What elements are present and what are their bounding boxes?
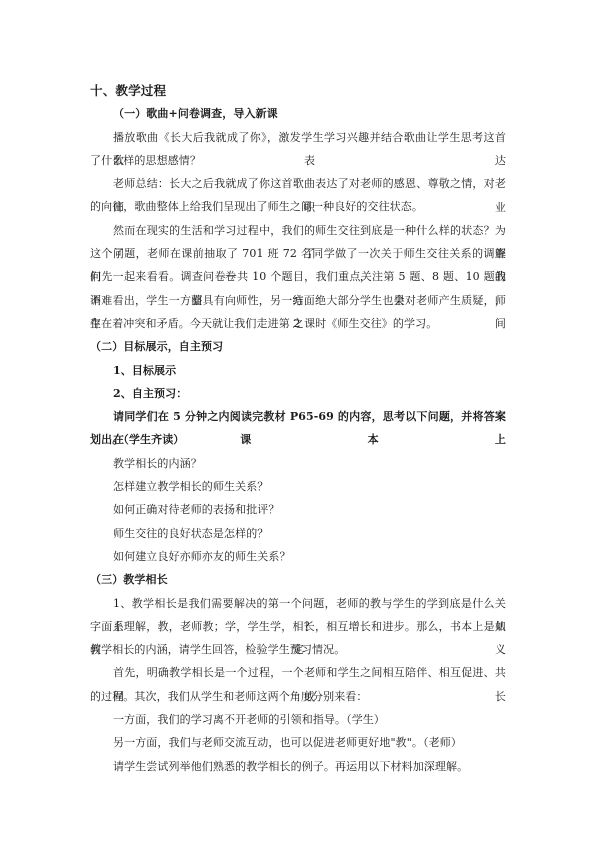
text-line-26: 首先，明确教学相长是一个过程，一个老师和学生之间相互陪伴、相互促进、共同成长 [90, 661, 506, 684]
text-line-18: 怎样建立教学相长的师生关系？ [90, 475, 506, 498]
text-line-15: 请同学们在 5 分钟之内阅读完教材 P65-69 的内容，思考以下问题，并将答案… [90, 405, 506, 428]
document-page: 十、教学过程（一）歌曲+问卷调查，导入新课播放歌曲《长大后我就成了你》，激发学生… [0, 0, 595, 842]
text-line-22: （三）教学相长 [90, 568, 506, 591]
text-line-8: 这个问题，老师在课前抽取了 701 班 72 名同学做了一次关于师生交往关系的调… [90, 242, 506, 265]
text-line-17: 教学相长的内涵？ [90, 452, 506, 475]
document-content: 十、教学过程（一）歌曲+问卷调查，导入新课播放歌曲《长大后我就成了你》，激发学生… [90, 79, 506, 778]
text-line-23: 1、教学相长是我们需要解决的第一个问题，老师的教与学生的学到底是什么关系？从 [90, 592, 506, 615]
text-line-14: 2、自主预习： [90, 382, 506, 405]
text-line-20: 师生交往的良好状态是怎样的？ [90, 522, 506, 545]
text-line-1: 十、教学过程 [90, 79, 506, 102]
text-line-3: 播放歌曲《长大后我就成了你》，激发学生学习兴趣并结合歌曲让学生思考这首歌表达 [90, 126, 506, 149]
text-line-30: 请学生尝试列举他们熟悉的教学相长的例子。再运用以下材料加深理解。 [90, 755, 506, 778]
text-line-29: 另一方面，我们与老师交流互动，也可以促进老师更好地"教"。（老师） [90, 731, 506, 754]
text-line-5: 老师总结：长大之后我就成了你这首歌曲表达了对老师的感恩、尊敬之情，对老师职业 [90, 172, 506, 195]
text-line-7: 然而在现实的生活和学习过程中，我们的师生交往到底是一种什么样的状态？为了了解 [90, 219, 506, 242]
text-line-10: 不难看出，学生一方面具有向师性，另一方面绝大部分学生也会对老师产生质疑，师生之间 [90, 289, 506, 312]
text-line-9: 们先一起来看看。调查问卷一共 10 个题目，我们重点关注第 5 题、8 题、10… [90, 265, 506, 288]
text-line-12: （二）目标展示，自主预习 [90, 335, 506, 358]
text-line-21: 如何建立良好亦师亦友的师生关系？ [90, 545, 506, 568]
text-line-2: （一）歌曲+问卷调查，导入新课 [90, 102, 506, 125]
text-line-13: 1、目标展示 [90, 359, 506, 382]
text-line-19: 如何正确对待老师的表扬和批评？ [90, 498, 506, 521]
text-line-28: 一方面，我们的学习离不开老师的引领和指导。（学生） [90, 708, 506, 731]
text-line-24: 字面上理解，教，老师教；学，学生学，相长，相互增长和进步。那么，书本上是如何定义 [90, 615, 506, 638]
